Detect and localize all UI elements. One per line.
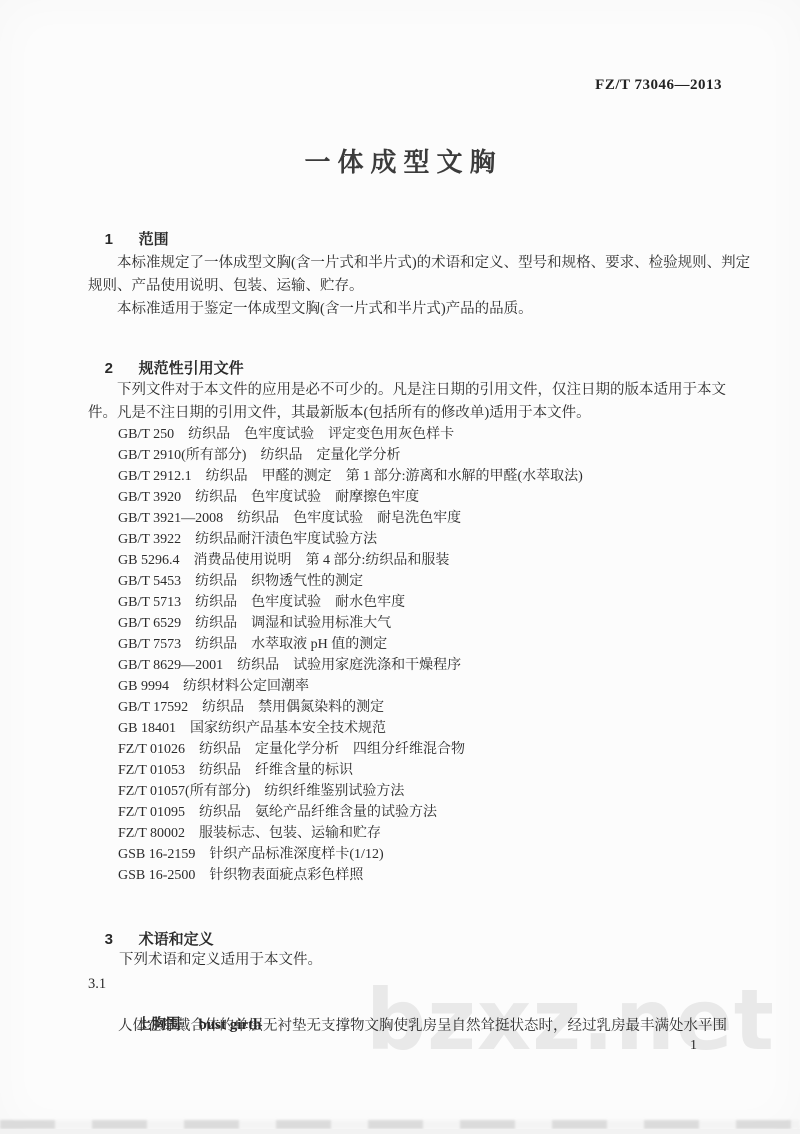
reference-line: GB/T 3920 纺织品 色牢度试验 耐摩擦色牢度: [118, 487, 583, 508]
reference-line: GB/T 3921—2008 纺织品 色牢度试验 耐皂洗色牢度: [118, 508, 583, 529]
section-2-title: 规范性引用文件: [139, 360, 244, 377]
references-intro-line: 件。凡是不注日期的引用文件，其最新版本(包括所有的修改单)适用于本文件。: [88, 405, 591, 422]
reference-line: FZ/T 01057(所有部分) 纺织纤维鉴别试验方法: [118, 781, 583, 802]
reference-line: GSB 16-2500 针织物表面疵点彩色样照: [118, 865, 583, 886]
term-item-number: 3.1: [88, 976, 106, 993]
standard-code-header: FZ/T 73046—2013: [595, 77, 722, 94]
scan-artifact-band: [0, 1120, 800, 1129]
reference-line: GB/T 7573 纺织品 水萃取液 pH 值的测定: [118, 634, 583, 655]
section-1-title: 范围: [139, 231, 169, 248]
reference-line: GB/T 2912.1 纺织品 甲醛的测定 第 1 部分:游离和水解的甲醛(水萃…: [118, 466, 583, 487]
references-intro-line: 下列文件对于本文件的应用是必不可少的。凡是注日期的引用文件，仅注日期的版本适用于…: [117, 382, 726, 399]
reference-list: GB/T 250 纺织品 色牢度试验 评定变色用灰色样卡GB/T 2910(所有…: [118, 424, 583, 886]
reference-line: FZ/T 80002 服装标志、包装、运输和贮存: [118, 823, 583, 844]
document-title: 一体成型文胸: [0, 142, 800, 179]
scope-paragraph-line: 规则、产品使用说明、包装、运输、贮存。: [88, 278, 364, 295]
reference-line: GB/T 6529 纺织品 调湿和试验用标准大气: [118, 613, 583, 634]
scan-artifact-band-bottom: [0, 1129, 800, 1134]
section-1-number: 1: [105, 231, 139, 248]
reference-line: GB/T 5713 纺织品 色牢度试验 耐水色牢度: [118, 592, 583, 613]
reference-line: GB/T 250 纺织品 色牢度试验 评定变色用灰色样卡: [118, 424, 583, 445]
scope-paragraph-line: 本标准适用于鉴定一体成型文胸(含一片式和半片式)产品的品质。: [117, 301, 533, 318]
reference-line: GB/T 2910(所有部分) 纺织品 定量化学分析: [118, 445, 583, 466]
reference-line: GSB 16-2159 针织产品标准深度样卡(1/12): [118, 844, 583, 865]
reference-line: FZ/T 01026 纺织品 定量化学分析 四组分纤维混合物: [118, 739, 583, 760]
reference-line: GB/T 5453 纺织品 织物透气性的测定: [118, 571, 583, 592]
scanned-document-page: bzxz.net FZ/T 73046—2013 一体成型文胸 1范围 本标准规…: [0, 0, 800, 1134]
section-2-number: 2: [105, 360, 139, 377]
reference-line: GB/T 3922 纺织品耐汗渍色牢度试验方法: [118, 529, 583, 550]
reference-line: GB/T 8629—2001 纺织品 试验用家庭洗涤和干燥程序: [118, 655, 583, 676]
scope-paragraph-line: 本标准规定了一体成型文胸(含一片式和半片式)的术语和定义、型号和规格、要求、检验…: [117, 255, 750, 272]
reference-line: FZ/T 01053 纺织品 纤维含量的标识: [118, 760, 583, 781]
reference-line: GB/T 17592 纺织品 禁用偶氮染料的测定: [118, 697, 583, 718]
section-3-number: 3: [105, 931, 139, 948]
reference-line: GB 9994 纺织材料公定回潮率: [118, 676, 583, 697]
reference-line: GB 18401 国家纺织产品基本安全技术规范: [118, 718, 583, 739]
page-number: 1: [690, 1038, 697, 1054]
section-3-title: 术语和定义: [139, 931, 214, 948]
term-definition-line: 人体在穿戴合体的单层无衬垫无支撑物文胸使乳房呈自然耸挺状态时，经过乳房最丰满处水…: [118, 1018, 727, 1035]
reference-line: GB 5296.4 消费品使用说明 第 4 部分:纺织品和服装: [118, 550, 583, 571]
terms-intro-line: 下列术语和定义适用于本文件。: [119, 952, 322, 969]
reference-line: FZ/T 01095 纺织品 氨纶产品纤维含量的试验方法: [118, 802, 583, 823]
